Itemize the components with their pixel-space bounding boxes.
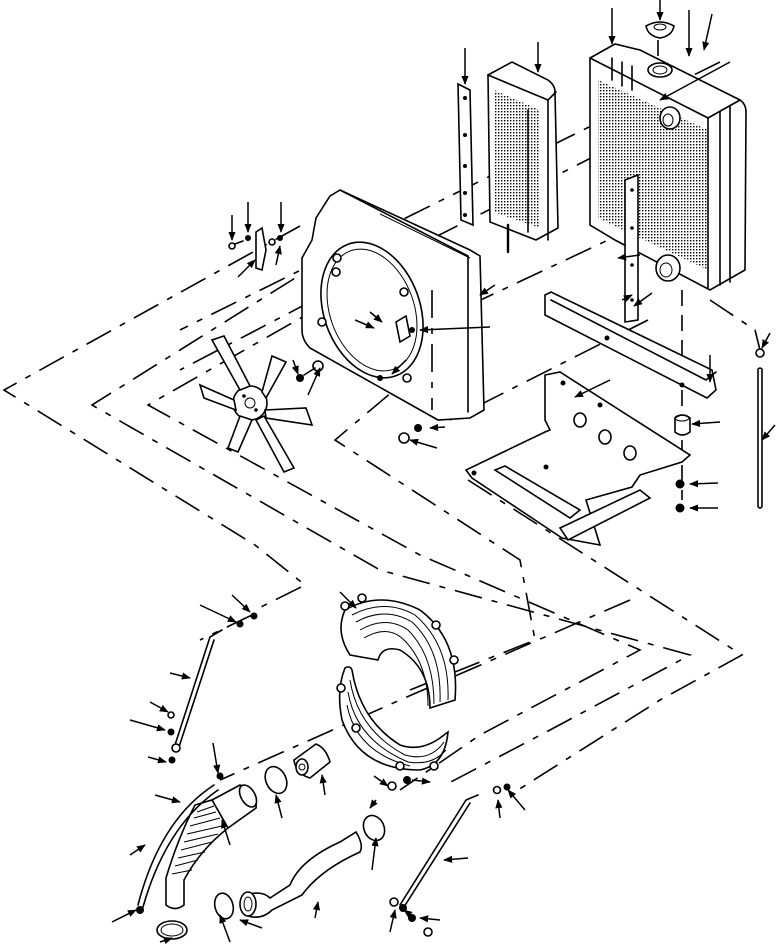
callout-leader-arrow bbox=[444, 858, 468, 860]
radiator-cap bbox=[646, 22, 674, 38]
exploded-parts-diagram bbox=[0, 0, 777, 949]
radiator-strap bbox=[625, 175, 638, 322]
guard-fasteners bbox=[388, 776, 411, 790]
lower-hose bbox=[240, 832, 361, 917]
callout-leader-arrow bbox=[293, 360, 298, 374]
callout-leader-arrow bbox=[213, 743, 218, 773]
callout-leader-arrow bbox=[276, 246, 280, 265]
callout-leader-arrow bbox=[232, 595, 250, 612]
callout-leader-arrow bbox=[420, 918, 440, 920]
callout-leader-arrow bbox=[148, 757, 166, 762]
callout-leader-arrow bbox=[692, 422, 720, 424]
callout-leader-arrow bbox=[112, 910, 136, 922]
callout-leader-arrow bbox=[690, 483, 718, 484]
flex-hose bbox=[166, 800, 228, 909]
callout-leader-arrow bbox=[762, 333, 770, 348]
callout-leader-arrow bbox=[704, 14, 712, 50]
callout-leader-arrow bbox=[370, 800, 376, 808]
radiator bbox=[590, 44, 746, 290]
oil-cooler bbox=[488, 62, 558, 252]
callout-leader-arrow bbox=[155, 795, 180, 802]
hose-coupler bbox=[294, 744, 330, 778]
callout-leader-arrow bbox=[130, 845, 145, 855]
callout-leader-arrow bbox=[130, 720, 165, 730]
fan-guard-upper bbox=[341, 594, 458, 708]
callout-leader-arrow bbox=[170, 673, 190, 678]
callout-leader-arrow bbox=[240, 920, 262, 928]
callout-leader-arrow bbox=[322, 775, 325, 795]
brace-rod-left bbox=[168, 613, 258, 764]
callout-leader-arrow bbox=[430, 427, 445, 428]
callout-leader-arrow bbox=[390, 910, 395, 932]
fan-shroud bbox=[302, 190, 484, 420]
fan bbox=[200, 336, 312, 472]
callout-leader-arrow bbox=[410, 440, 437, 448]
callout-leader-arrow bbox=[315, 902, 318, 918]
callout-leader-arrow bbox=[762, 425, 775, 440]
callout-leader-arrow bbox=[508, 790, 525, 810]
mount-bracket bbox=[466, 372, 690, 545]
callout-leader-arrow bbox=[276, 795, 282, 818]
callout-leader-arrow bbox=[200, 605, 236, 622]
callout-leader-arrow bbox=[372, 838, 376, 870]
callout-leader-arrow bbox=[412, 780, 430, 782]
side-plate bbox=[458, 84, 473, 225]
callout-leader-arrow bbox=[150, 702, 168, 712]
callout-leader-arrow bbox=[238, 260, 255, 277]
callout-leader-arrow bbox=[404, 910, 412, 916]
tie-rod bbox=[756, 349, 764, 508]
callout-leader-arrow bbox=[498, 800, 500, 818]
shroud-bracket bbox=[229, 228, 283, 270]
callout-leader-arrow bbox=[374, 776, 388, 786]
